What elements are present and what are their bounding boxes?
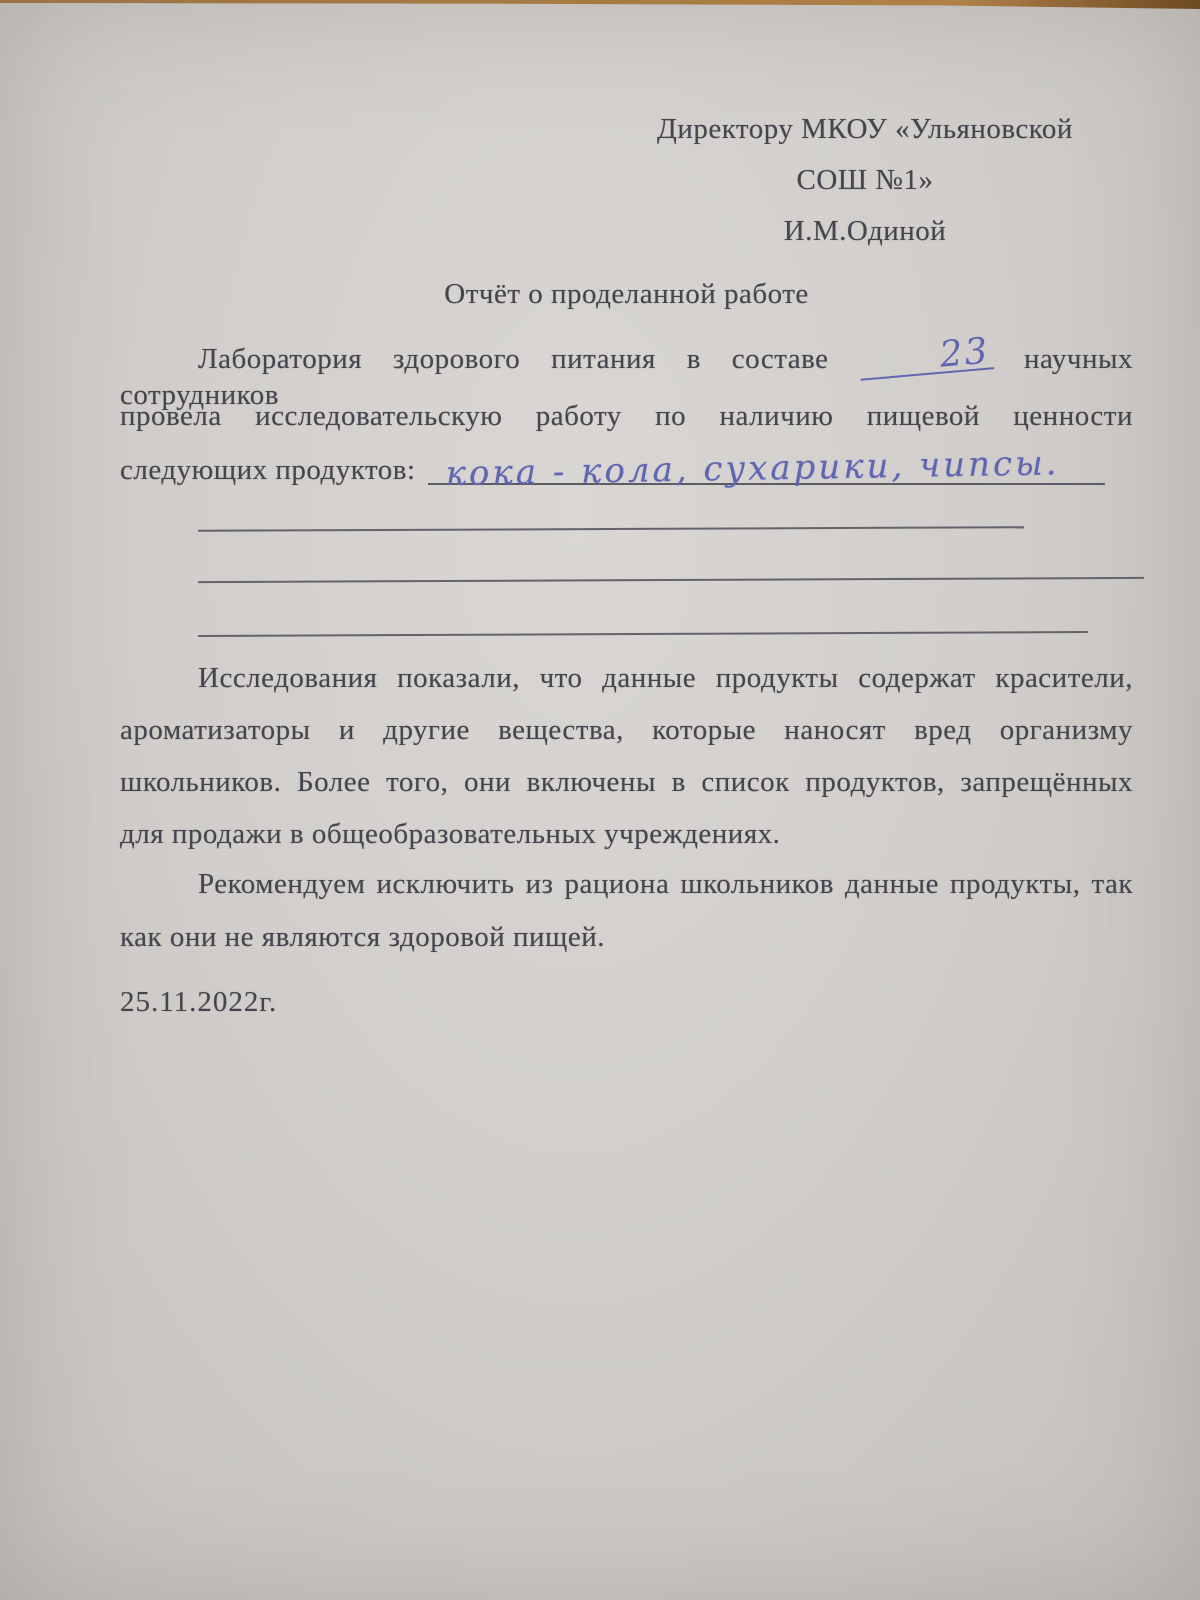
ruled-line-1 [198,526,1024,532]
paragraph2-line1: Исследования показали, что данные продук… [120,660,1133,696]
recipient-line-2: СОШ №1» [610,155,1120,206]
table-surface-strip [0,0,1200,12]
recipient-line-3: И.М.Одиной [610,206,1120,257]
handwritten-products: кока - кола, сухарики, чипсы. [445,445,1059,492]
products-label: следующих продуктов: [120,452,416,488]
ruled-line-3 [198,631,1088,637]
recipient-block: Директору МКОУ «Ульяновской СОШ №1» И.М.… [610,104,1120,257]
handwritten-staff-count: 23 [858,337,994,381]
ruled-line-2 [198,577,1144,583]
paragraph2-line4: для продажи в общеобразовательных учрежд… [120,816,1133,852]
document-title: Отчёт о проделанной работе [120,276,1133,312]
paragraph3-line2: как они не являются здоровой пищей. [120,919,1133,955]
paragraph1-line3: следующих продуктов: кока - кола, сухари… [120,452,1133,488]
paragraph2-line3: школьников. Более того, они включены в с… [120,764,1133,800]
paragraph2-line2: ароматизаторы и другие вещества, которые… [120,712,1133,748]
date-line: 25.11.2022г. [120,984,620,1020]
paragraph1-line1-before: Лаборатория здорового питания в составе [198,343,829,375]
products-write-line: кока - кола, сухарики, чипсы. [428,452,1105,485]
recipient-line-1: Директору МКОУ «Ульяновской [610,104,1120,155]
paragraph3-line1: Рекомендуем исключить из рациона школьни… [120,866,1133,902]
paragraph1-line2: провела исследовательскую работу по нали… [120,398,1133,434]
document-photo: Директору МКОУ «Ульяновской СОШ №1» И.М.… [0,0,1200,1600]
